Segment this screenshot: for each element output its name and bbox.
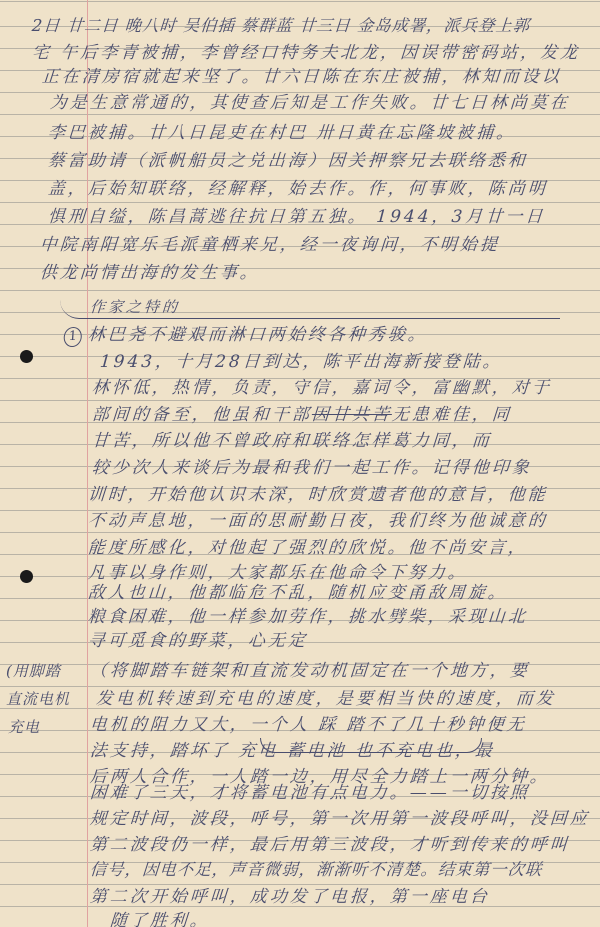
punch-hole — [20, 350, 33, 363]
item-line: 1林巴尧不避艰而淋口两始终各种秀骏。 — [63, 320, 429, 347]
item-line: 寻可觅食的野菜，心无定 — [87, 626, 309, 651]
text-line: 供龙尚情出海的发生事。 — [39, 258, 261, 283]
item-text: 部间的备至，他虽和干部 — [91, 405, 312, 425]
item-line: 训时，开始他认识未深，时欣赏遗者他的意旨，他能 — [87, 480, 549, 505]
text-line: 第二次开始呼叫，成功发了电报，第一座电台 — [89, 882, 491, 907]
text-line: 李巴被捕。廿八日昆吏在村巴 卅日黄在忘隆坡被捕。 — [47, 118, 517, 143]
item-number: 1 — [63, 327, 82, 347]
item-line: 敌人也山，他都临危不乱，随机应变甬敌周旋。 — [87, 578, 509, 603]
item-text: 林巴尧不避艰而淋口两始终各种秀骏。 — [87, 325, 428, 345]
punch-hole — [20, 570, 33, 583]
notebook-page: 2日 廿二日 晚八时 吴伯插 蔡群蓝 廿三日 金岛成署，派兵登上郭 宅 午后李青… — [0, 0, 600, 927]
item-line: 粮食困难，他一样参加劳作，挑水劈柴，采现山北 — [87, 602, 529, 627]
text-line: 宅 午后李青被捕，李曾经口特务夫北龙，因误带密码站，发龙 — [31, 38, 581, 63]
text-line: 为是生意常通的，其使查后知是工作失败。廿七日林尚莫在 — [49, 88, 571, 113]
struck-text: 因甘共苦 — [311, 405, 392, 425]
text-line: 正在清房宿就起来坚了。廿六日陈在东庄被捕，林知而设以 — [41, 62, 563, 87]
text-line: 困难了三天，才将蓄电池有点电力。——一切按照 — [89, 778, 531, 803]
section-heading: 作家之特的 — [89, 296, 180, 317]
text-line: 盖，后始知联络，经解释，始去作。作，何事败，陈尚明 — [47, 174, 549, 199]
text-line: 2日 廿二日 晚八时 吴伯插 蔡群蓝 廿三日 金岛成署，派兵登上郭 — [31, 12, 531, 36]
text-line: 发电机转速到充电的速度，是要相当快的速度，而发 — [95, 684, 557, 709]
margin-note: 直流电机 — [6, 688, 70, 709]
text-line: 法支持，踏坏了 充电 蓄电池 也不充电也，最 — [89, 736, 496, 761]
text-line: 惧刑自缢，陈昌蒿逃往抗日第五独。 1944，3月廿一日 — [47, 202, 546, 227]
text-line: 随了胜利。 — [109, 906, 211, 927]
margin-note: (用脚踏 — [6, 660, 61, 681]
text-line: 蔡富助请（派帆船员之兑出海）因关押察兄去联络悉和 — [47, 146, 529, 171]
margin-note: 充电 — [8, 716, 40, 737]
item-line: 甘苦，所以他不曾政府和联络怎样葛力同，而 — [91, 426, 493, 451]
text-line: 中院南阳宽乐毛派童栖来兄，经一夜询问，不明始提 — [39, 230, 501, 255]
item-text: 无患难佳，同 — [391, 405, 512, 425]
item-line: 部间的备至，他虽和干部因甘共苦无患难佳，同 — [91, 400, 513, 425]
item-line: 不动声息地，一面的思耐勤日夜，我们终为他诚意的 — [87, 506, 549, 531]
text-line: 信号，因电不足，声音微弱，渐渐听不清楚。结束第一次联 — [89, 856, 543, 880]
item-line: 1943，十月28日到达，陈平出海新接登陆。 — [99, 347, 504, 372]
text-line: 规定时间，波段，呼号，第一次用第一波段呼叫，没回应 — [89, 804, 591, 829]
item-line: 较少次人来谈后为最和我们一起工作。记得他印象 — [91, 453, 533, 478]
text-line: （将脚踏车链架和直流发动机固定在一个地方，要 — [89, 656, 531, 681]
item-line: 林怀低，热情，负责，守信，嘉词令，富幽默，对于 — [91, 373, 553, 398]
item-line: 能度所感化，对他起了强烈的欣悦。他不尚安言， — [87, 533, 529, 558]
text-line: 电机的阻力又大，一个人 踩 踏不了几十秒钟便无 — [89, 710, 528, 735]
text-line: 第二波段仍一样，最后用第三波段，才听到传来的呼叫 — [89, 830, 571, 855]
